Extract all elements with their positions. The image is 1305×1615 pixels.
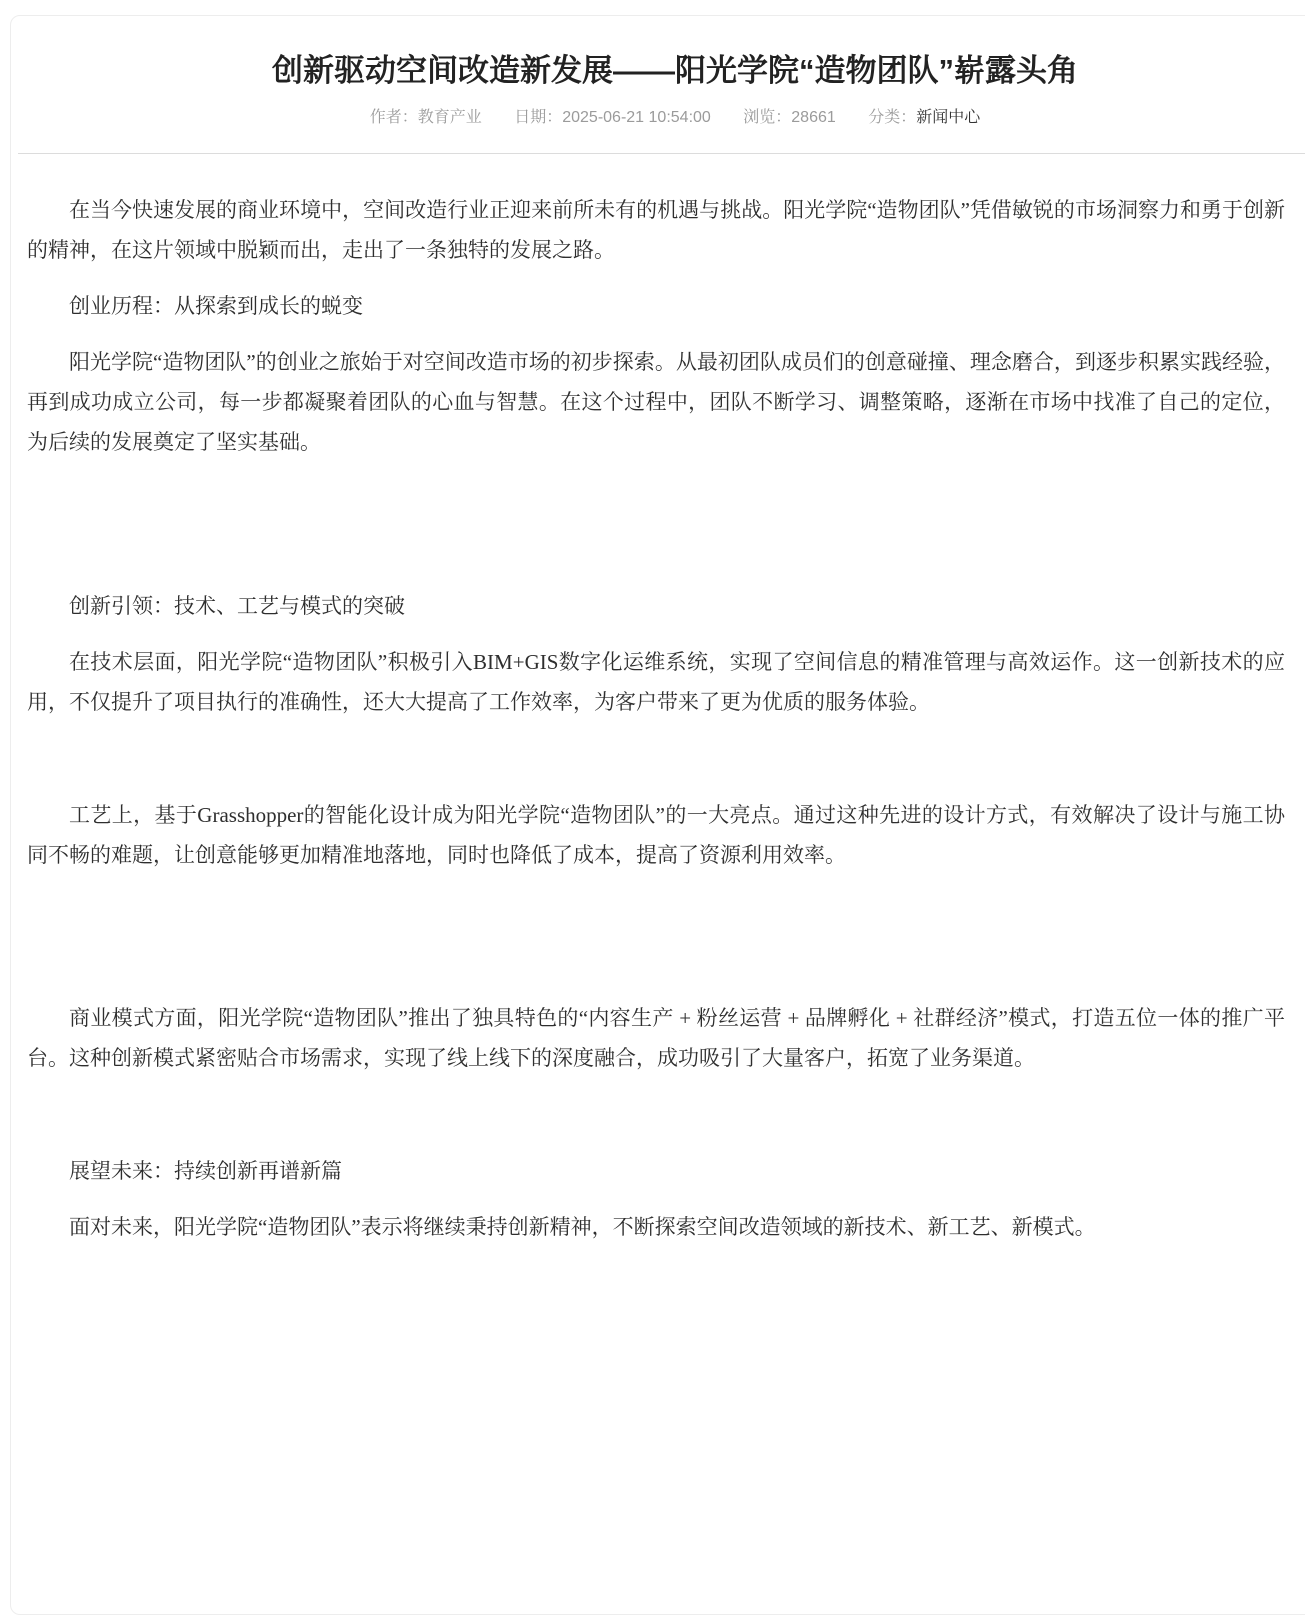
meta-category: 分类：新闻中心 [868,107,980,129]
article-body: 在当今快速发展的商业环境中，空间改造行业正迎来前所未有的机遇与挑战。阳光学院“造… [27,154,1285,1247]
category-label: 分类： [868,109,916,126]
meta-author: 作者：教育产业 [370,107,482,129]
empty-space [27,1094,1285,1151]
views-value: 28661 [791,109,836,126]
article-card: 创新驱动空间改造新发展——阳光学院“造物团队”崭露头角 作者：教育产业 日期：2… [10,15,1305,1260]
article-meta: 作者：教育产业 日期：2025-06-21 10:54:00 浏览：28661 … [11,107,1305,129]
author-value: 教育产业 [418,109,482,126]
date-value: 2025-06-21 10:54:00 [562,109,711,126]
section-heading: 展望未来：持续创新再谱新篇 [27,1151,1285,1191]
empty-space [27,478,1285,586]
article-paragraph: 商业模式方面，阳光学院“造物团队”推出了独具特色的“内容生产 + 粉丝运营 + … [27,998,1285,1078]
views-label: 浏览： [743,109,791,126]
article-paragraph: 阳光学院“造物团队”的创业之旅始于对空间改造市场的初步探索。从最初团队成员们的创… [27,342,1285,462]
empty-space [27,891,1285,998]
section-heading: 创业历程：从探索到成长的蜕变 [27,286,1285,326]
category-link[interactable]: 新闻中心 [916,109,980,126]
date-label: 日期： [514,109,562,126]
page-title: 创新驱动空间改造新发展——阳光学院“造物团队”崭露头角 [51,49,1299,93]
empty-space [27,738,1285,795]
article-paragraph: 在当今快速发展的商业环境中，空间改造行业正迎来前所未有的机遇与挑战。阳光学院“造… [27,190,1285,270]
article-paragraph: 面对未来，阳光学院“造物团队”表示将继续秉持创新精神，不断探索空间改造领域的新技… [27,1207,1285,1247]
meta-date: 日期：2025-06-21 10:54:00 [514,107,711,129]
meta-views: 浏览：28661 [743,107,836,129]
article-paragraph: 在技术层面，阳光学院“造物团队”积极引入BIM+GIS数字化运维系统，实现了空间… [27,642,1285,722]
author-label: 作者： [370,109,418,126]
section-heading: 创新引领：技术、工艺与模式的突破 [27,586,1285,626]
article-paragraph: 工艺上，基于Grasshopper的智能化设计成为阳光学院“造物团队”的一大亮点… [27,795,1285,875]
